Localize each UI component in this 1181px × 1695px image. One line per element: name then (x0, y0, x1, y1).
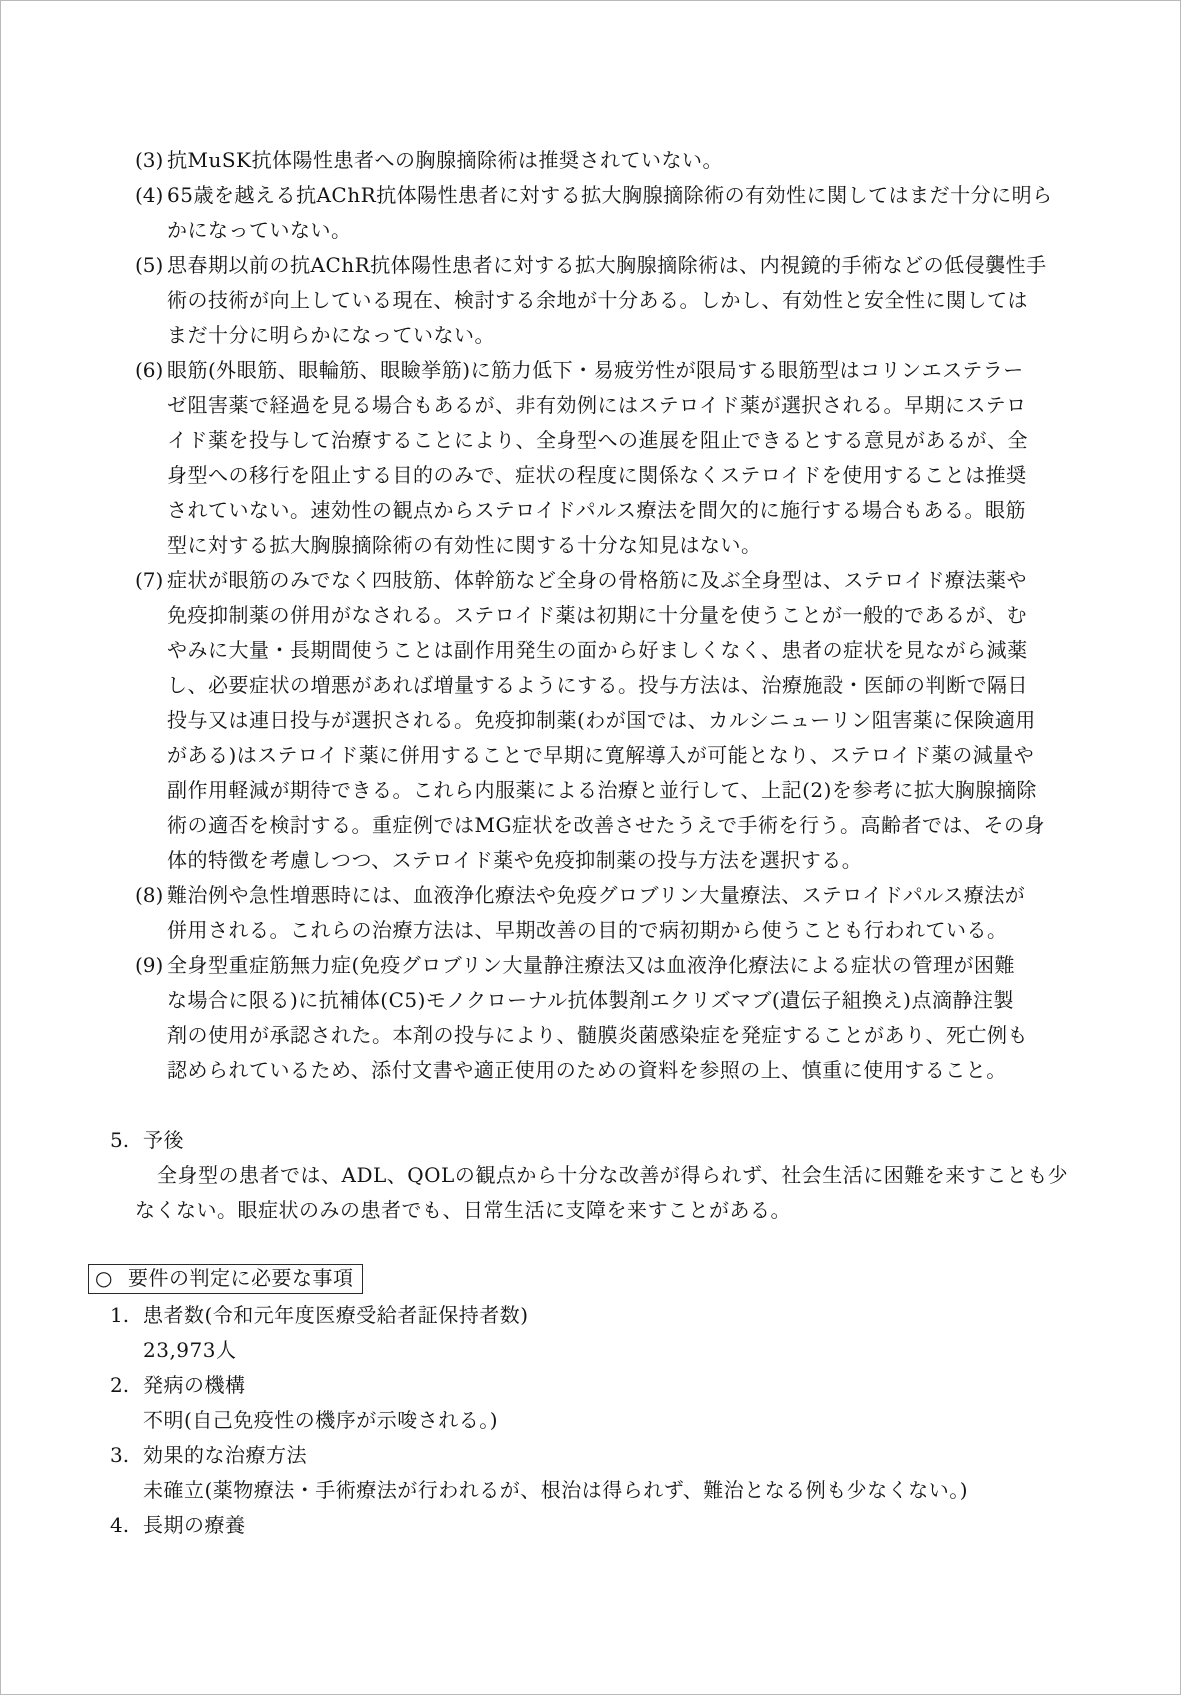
requirements-box-line: ○要件の判定に必要な事項 (0, 1263, 1181, 1298)
item-number: (7) (135, 563, 163, 598)
requirement-heading: 1. 患者数(令和元年度医療受給者証保持者数) (0, 1298, 1181, 1333)
requirement-item-1: 1. 患者数(令和元年度医療受給者証保持者数) 23,973人 (0, 1298, 1181, 1368)
requirement-heading: 3. 効果的な治療方法 (0, 1438, 1181, 1473)
item-line: 免疫抑制薬の併用がなされる。ステロイド薬は初期に十分量を使うことが一般的であるが… (167, 598, 1181, 633)
requirement-label: 発病の機構 (143, 1373, 246, 1397)
treatment-notes-section: (3) 抗MuSK抗体陽性患者への胸腺摘除術は推奨されていない。 (4) 65歳… (0, 143, 1181, 1088)
requirement-value: 23,973人 (143, 1333, 1181, 1368)
item-line: 術の適否を検討する。重症例ではMG症状を改善させたうえで手術を行う。高齢者では、… (167, 808, 1181, 843)
requirement-item-4: 4. 長期の療養 (0, 1508, 1181, 1543)
prognosis-section: 5. 予後 全身型の患者では、ADL、QOLの観点から十分な改善が得られず、社会… (0, 1123, 1181, 1228)
item-line: されていない。速効性の観点からステロイドパルス療法を間欠的に施行する場合もある。… (167, 493, 1181, 528)
item-line: 眼筋(外眼筋、眼輪筋、眼瞼挙筋)に筋力低下・易疲労性が限局する眼筋型はコリンエス… (167, 353, 1181, 388)
item-line: 身型への移行を阻止する目的のみで、症状の程度に関係なくステロイドを使用することは… (167, 458, 1181, 493)
requirement-number: 4. (110, 1508, 129, 1543)
treatment-item-3: (3) 抗MuSK抗体陽性患者への胸腺摘除術は推奨されていない。 (0, 143, 1181, 178)
treatment-item-7: (7) 症状が眼筋のみでなく四肢筋、体幹筋など全身の骨格筋に及ぶ全身型は、ステロ… (0, 563, 1181, 878)
item-line: 型に対する拡大胸腺摘除術の有効性に関する十分な知見はない。 (167, 528, 1181, 563)
item-number: (8) (135, 878, 163, 913)
treatment-item-8: (8) 難治例や急性増悪時には、血液浄化療法や免疫グロブリン大量療法、ステロイド… (0, 878, 1181, 948)
treatment-item-6: (6) 眼筋(外眼筋、眼輪筋、眼瞼挙筋)に筋力低下・易疲労性が限局する眼筋型はコ… (0, 353, 1181, 563)
requirement-value: 不明(自己免疫性の機序が示唆される。) (143, 1403, 1181, 1438)
requirement-number: 3. (110, 1438, 129, 1473)
item-line: かになっていない。 (167, 213, 1181, 248)
item-line: 抗MuSK抗体陽性患者への胸腺摘除術は推奨されていない。 (167, 143, 1181, 178)
requirement-item-3: 3. 効果的な治療方法 未確立(薬物療法・手術療法が行われるが、根治は得られず、… (0, 1438, 1181, 1508)
requirement-item-2: 2. 発病の機構 不明(自己免疫性の機序が示唆される。) (0, 1368, 1181, 1438)
item-line: 認められているため、添付文書や適正使用のための資料を参照の上、慎重に使用すること… (167, 1053, 1181, 1088)
item-line: やみに大量・長期間使うことは副作用発生の面から好ましくなく、患者の症状を見ながら… (167, 633, 1181, 668)
prognosis-body-line: なくない。眼症状のみの患者でも、日常生活に支障を来すことがある。 (135, 1193, 1181, 1228)
prognosis-heading-number: 5. (110, 1123, 129, 1158)
item-number: (3) (135, 143, 163, 178)
item-line: 術の技術が向上している現在、検討する余地が十分ある。しかし、有効性と安全性に関し… (167, 283, 1181, 318)
requirements-title-box: ○要件の判定に必要な事項 (88, 1264, 363, 1294)
item-line: 難治例や急性増悪時には、血液浄化療法や免疫グロブリン大量療法、ステロイドパルス療… (167, 878, 1181, 913)
prognosis-body-line: 全身型の患者では、ADL、QOLの観点から十分な改善が得られず、社会生活に困難を… (157, 1158, 1181, 1193)
item-line: 副作用軽減が期待できる。これら内服薬による治療と並行して、上記(2)を参考に拡大… (167, 773, 1181, 808)
item-line: 併用される。これらの治療方法は、早期改善の目的で病初期から使うことも行われている… (167, 913, 1181, 948)
item-number: (6) (135, 353, 163, 388)
document-content: (3) 抗MuSK抗体陽性患者への胸腺摘除術は推奨されていない。 (4) 65歳… (0, 143, 1181, 1543)
requirement-label: 長期の療養 (143, 1513, 246, 1537)
item-line: 65歳を越える抗AChR抗体陽性患者に対する拡大胸腺摘除術の有効性に関してはまだ… (167, 178, 1181, 213)
item-line: な場合に限る)に抗補体(C5)モノクローナル抗体製剤エクリズマブ(遺伝子組換え)… (167, 983, 1181, 1018)
item-line: 体的特徴を考慮しつつ、ステロイド薬や免疫抑制薬の投与方法を選択する。 (167, 843, 1181, 878)
item-number: (9) (135, 948, 163, 983)
blank-line (0, 1228, 1181, 1263)
requirement-number: 2. (110, 1368, 129, 1403)
item-number: (4) (135, 178, 163, 213)
item-line: 思春期以前の抗AChR抗体陽性患者に対する拡大胸腺摘除術は、内視鏡的手術などの低… (167, 248, 1181, 283)
requirements-section: ○要件の判定に必要な事項 1. 患者数(令和元年度医療受給者証保持者数) 23,… (0, 1263, 1181, 1543)
item-line: イド薬を投与して治療することにより、全身型への進展を阻止できるとする意見があるが… (167, 423, 1181, 458)
blank-line (0, 1088, 1181, 1123)
prognosis-heading-title: 予後 (143, 1128, 184, 1152)
item-line: 症状が眼筋のみでなく四肢筋、体幹筋など全身の骨格筋に及ぶ全身型は、ステロイド療法… (167, 563, 1181, 598)
treatment-item-9: (9) 全身型重症筋無力症(免疫グロブリン大量静注療法又は血液浄化療法による症状… (0, 948, 1181, 1088)
requirement-value: 未確立(薬物療法・手術療法が行われるが、根治は得られず、難治となる例も少なくない… (143, 1473, 1181, 1508)
circle-marker: ○ (95, 1266, 113, 1290)
requirement-label: 効果的な治療方法 (143, 1443, 307, 1467)
prognosis-heading: 5. 予後 (0, 1123, 1181, 1158)
item-line: 全身型重症筋無力症(免疫グロブリン大量静注療法又は血液浄化療法による症状の管理が… (167, 948, 1181, 983)
item-line: し、必要症状の増悪があれば増量するようにする。投与方法は、治療施設・医師の判断で… (167, 668, 1181, 703)
requirement-label: 患者数(令和元年度医療受給者証保持者数) (143, 1303, 529, 1327)
treatment-item-5: (5) 思春期以前の抗AChR抗体陽性患者に対する拡大胸腺摘除術は、内視鏡的手術… (0, 248, 1181, 353)
requirements-box-title: 要件の判定に必要な事項 (128, 1266, 354, 1290)
requirement-heading: 2. 発病の機構 (0, 1368, 1181, 1403)
document-page: (3) 抗MuSK抗体陽性患者への胸腺摘除術は推奨されていない。 (4) 65歳… (0, 0, 1181, 1695)
item-number: (5) (135, 248, 163, 283)
item-line: がある)はステロイド薬に併用することで早期に寛解導入が可能となり、ステロイド薬の… (167, 738, 1181, 773)
item-line: 剤の使用が承認された。本剤の投与により、髄膜炎菌感染症を発症することがあり、死亡… (167, 1018, 1181, 1053)
item-line: 投与又は連日投与が選択される。免疫抑制薬(わが国では、カルシニューリン阻害薬に保… (167, 703, 1181, 738)
requirement-heading: 4. 長期の療養 (0, 1508, 1181, 1543)
item-line: ゼ阻害薬で経過を見る場合もあるが、非有効例にはステロイド薬が選択される。早期にス… (167, 388, 1181, 423)
requirement-number: 1. (110, 1298, 129, 1333)
item-line: まだ十分に明らかになっていない。 (167, 318, 1181, 353)
treatment-item-4: (4) 65歳を越える抗AChR抗体陽性患者に対する拡大胸腺摘除術の有効性に関し… (0, 178, 1181, 248)
